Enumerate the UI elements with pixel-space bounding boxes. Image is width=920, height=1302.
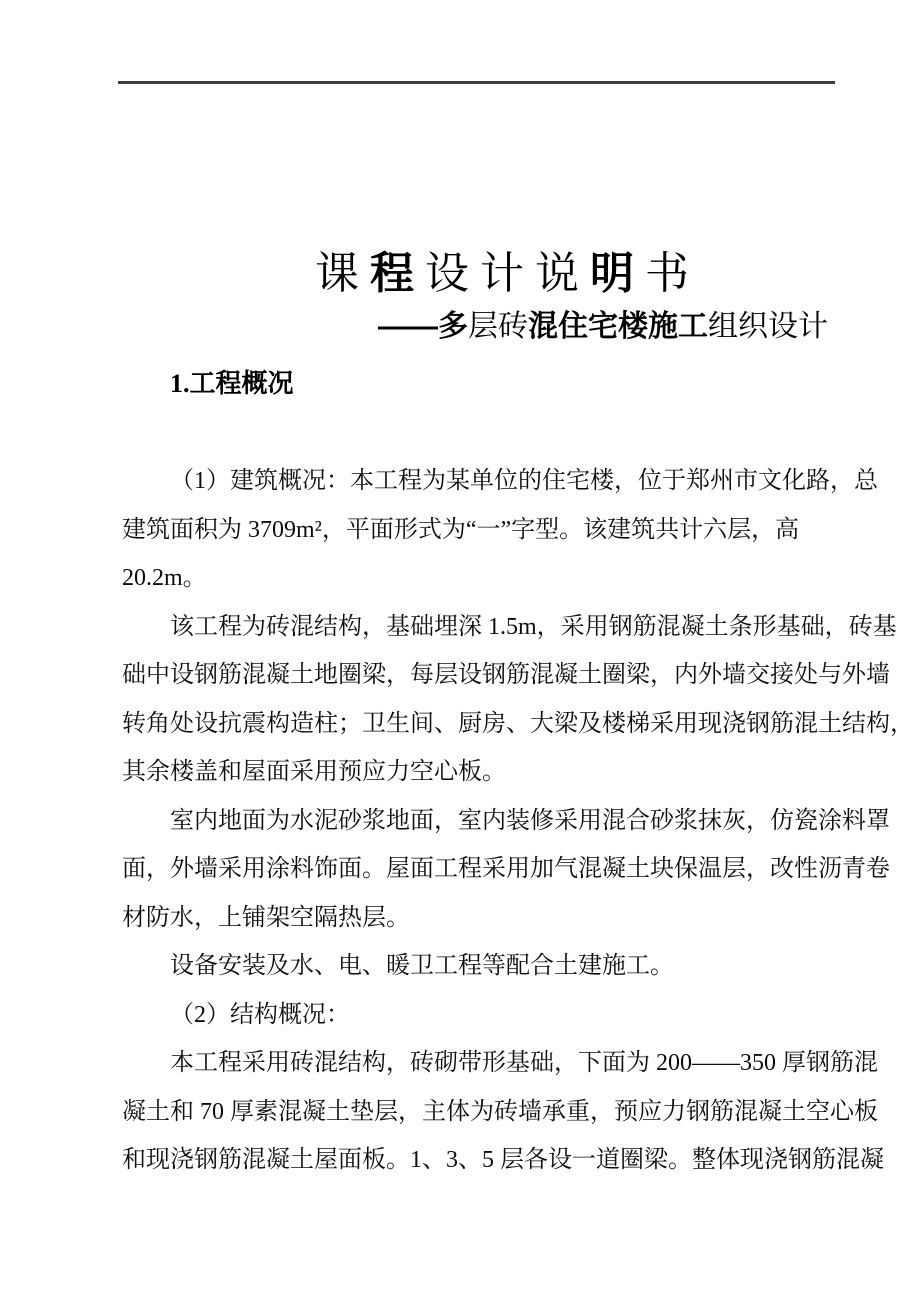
text-line: 室内地面为水泥砂浆地面，室内装修采用混合砂浆抹灰，仿瓷涂料罩 bbox=[122, 797, 838, 846]
text-line: 础中设钢筋混凝土地圈梁，每层设钢筋混凝土圈梁，内外墙交接处与外墙 bbox=[122, 651, 838, 700]
text-line: 该工程为砖混结构，基础埋深 1.5m，采用钢筋混凝土条形基础，砖基 bbox=[122, 603, 838, 652]
paragraph: 室内地面为水泥砂浆地面，室内装修采用混合砂浆抹灰，仿瓷涂料罩 面，外墙采用涂料饰… bbox=[122, 797, 838, 943]
body-text: （1）建筑概况：本工程为某单位的住宅楼，位于郑州市文化路，总 建筑面积为 370… bbox=[122, 457, 838, 1185]
text-line: 和现浇钢筋混凝土屋面板。1、3、5 层各设一道圈梁。整体现浇钢筋混凝 bbox=[122, 1136, 838, 1185]
document-page: 课 程 设 计 说 明 书 ——多层砖混住宅楼施工组织设计 1.工程概况 （1）… bbox=[0, 0, 920, 1302]
doc-subtitle-segment: 层砖 bbox=[468, 310, 528, 343]
top-rule bbox=[118, 81, 835, 84]
text-line: （1）建筑概况：本工程为某单位的住宅楼，位于郑州市文化路，总 bbox=[122, 457, 838, 506]
doc-subtitle-segment: ——多 bbox=[378, 310, 468, 343]
text-line: 凝土和 70 厚素混凝土垫层，主体为砖墙承重，预应力钢筋混凝土空心板 bbox=[122, 1088, 838, 1137]
text-line: 其余楼盖和屋面采用预应力空心板。 bbox=[122, 748, 838, 797]
paragraph: 该工程为砖混结构，基础埋深 1.5m，采用钢筋混凝土条形基础，砖基 础中设钢筋混… bbox=[122, 603, 838, 797]
doc-subtitle-segment: 组织设计 bbox=[708, 310, 828, 343]
text-line: 20.2m。 bbox=[122, 554, 838, 603]
paragraph: （2）结构概况： bbox=[122, 991, 838, 1040]
paragraph: （1）建筑概况：本工程为某单位的住宅楼，位于郑州市文化路，总 建筑面积为 370… bbox=[122, 457, 838, 603]
paragraph: 本工程采用砖混结构，砖砌带形基础，下面为 200——350 厚钢筋混 凝土和 7… bbox=[122, 1039, 838, 1185]
text-line: 建筑面积为 3709m²，平面形式为“一”字型。该建筑共计六层，高 bbox=[122, 506, 838, 555]
text-line: 设备安装及水、电、暖卫工程等配合土建施工。 bbox=[122, 942, 838, 991]
paragraph: 设备安装及水、电、暖卫工程等配合土建施工。 bbox=[122, 942, 838, 991]
doc-subtitle-segment: 混住宅楼施工 bbox=[528, 310, 708, 343]
doc-subtitle: ——多层砖混住宅楼施工组织设计 bbox=[348, 267, 828, 387]
text-line: （2）结构概况： bbox=[122, 991, 838, 1040]
text-line: 材防水，上铺架空隔热层。 bbox=[122, 894, 838, 943]
section-heading: 1.工程概况 bbox=[122, 367, 294, 401]
text-line: 转角处设抗震构造柱；卫生间、厨房、大梁及楼梯采用现浇钢筋混土结构， bbox=[122, 700, 838, 749]
text-line: 面，外墙采用涂料饰面。屋面工程采用加气混凝土块保温层，改性沥青卷 bbox=[122, 845, 838, 894]
text-line: 本工程采用砖混结构，砖砌带形基础，下面为 200——350 厚钢筋混 bbox=[122, 1039, 838, 1088]
